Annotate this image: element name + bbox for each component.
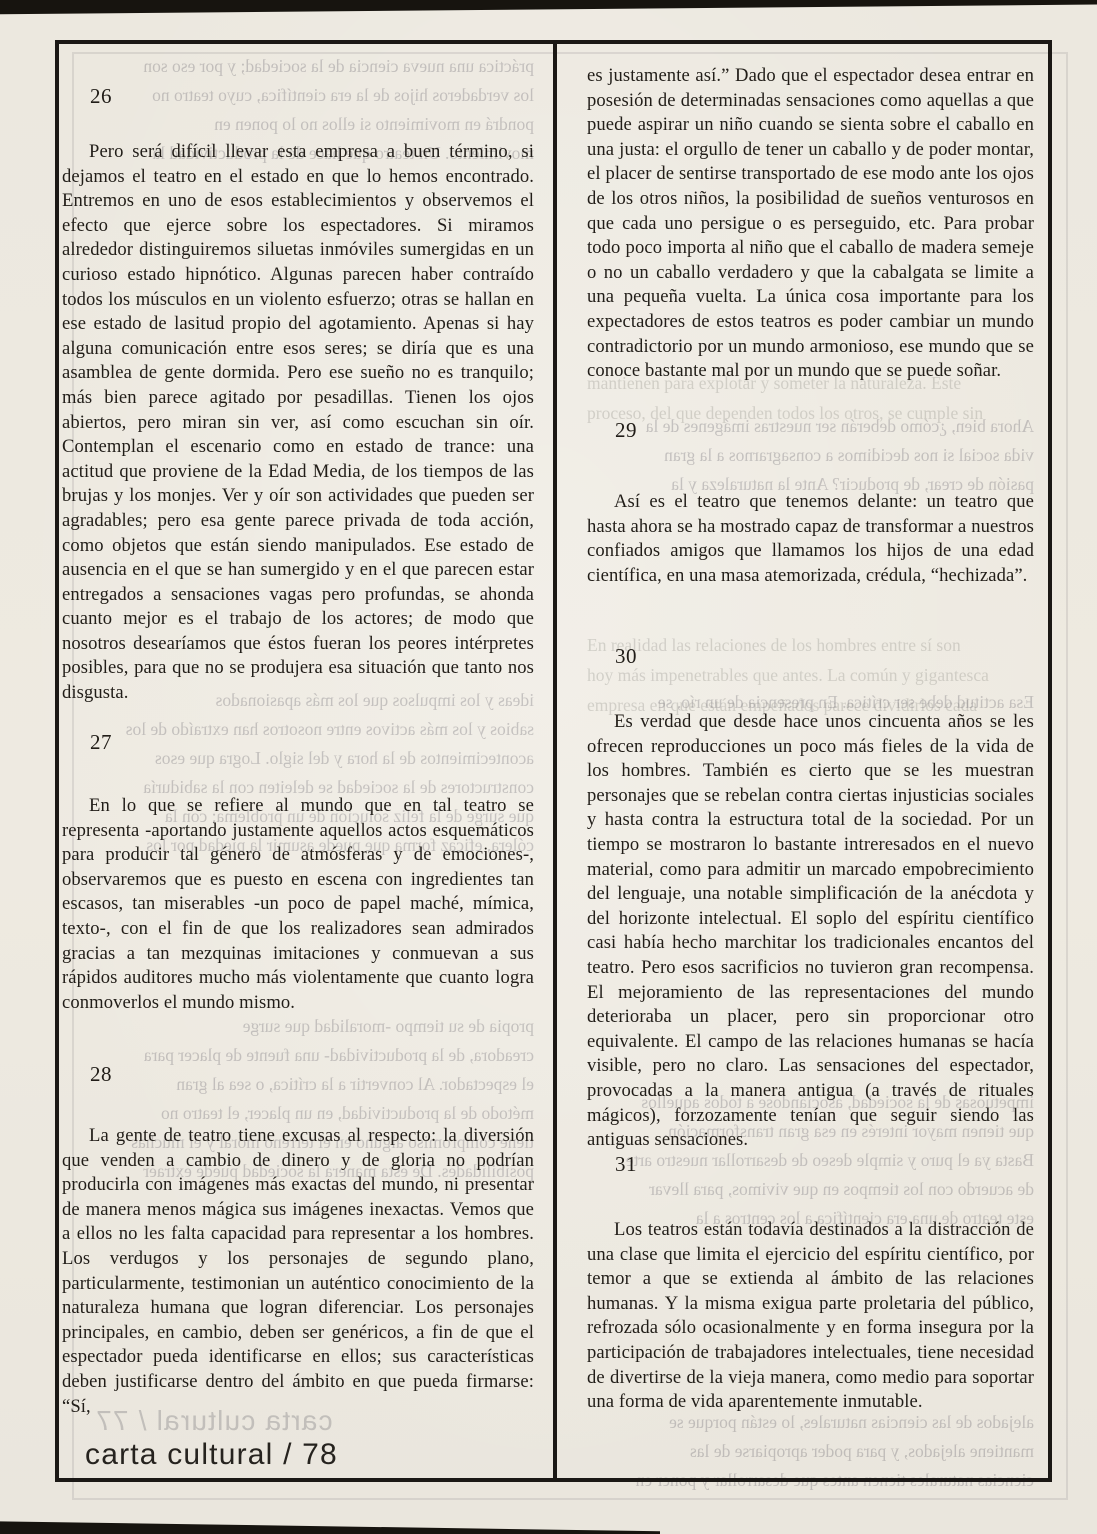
section-31-paragraph: Los teatros están todavía destinados a l…: [587, 1218, 1034, 1415]
section-26-paragraph: Pero será difícil llevar esta empresa a …: [62, 140, 534, 706]
scan-edge-artifact-bottom: [0, 1520, 660, 1534]
column-divider-rule: [553, 44, 557, 1478]
scanned-page: práctica una nueva ciencia de la socieda…: [0, 0, 1097, 1534]
section-number-30: 30: [587, 644, 1062, 668]
section-30-paragraph: Es verdad que desde hace unos cincuenta …: [587, 710, 1034, 1153]
section-28-paragraph: La gente de teatro tiene excusas al resp…: [62, 1124, 534, 1419]
journal-footer-label: carta cultural / 78: [85, 1438, 557, 1472]
section-27-paragraph: En lo que se refiere al mundo que en tal…: [62, 794, 534, 1015]
section-29-paragraph: Así es el teatro que tenemos delante: un…: [587, 490, 1034, 588]
scan-edge-artifact-top: [0, 0, 1097, 15]
continuation-paragraph: es justamente así.” Dado que el espectad…: [587, 64, 1034, 384]
section-number-26: 26: [62, 84, 562, 108]
section-number-31: 31: [587, 1152, 1062, 1176]
section-number-27: 27: [62, 730, 562, 754]
section-number-28: 28: [62, 1062, 562, 1086]
section-number-29: 29: [587, 418, 1062, 442]
